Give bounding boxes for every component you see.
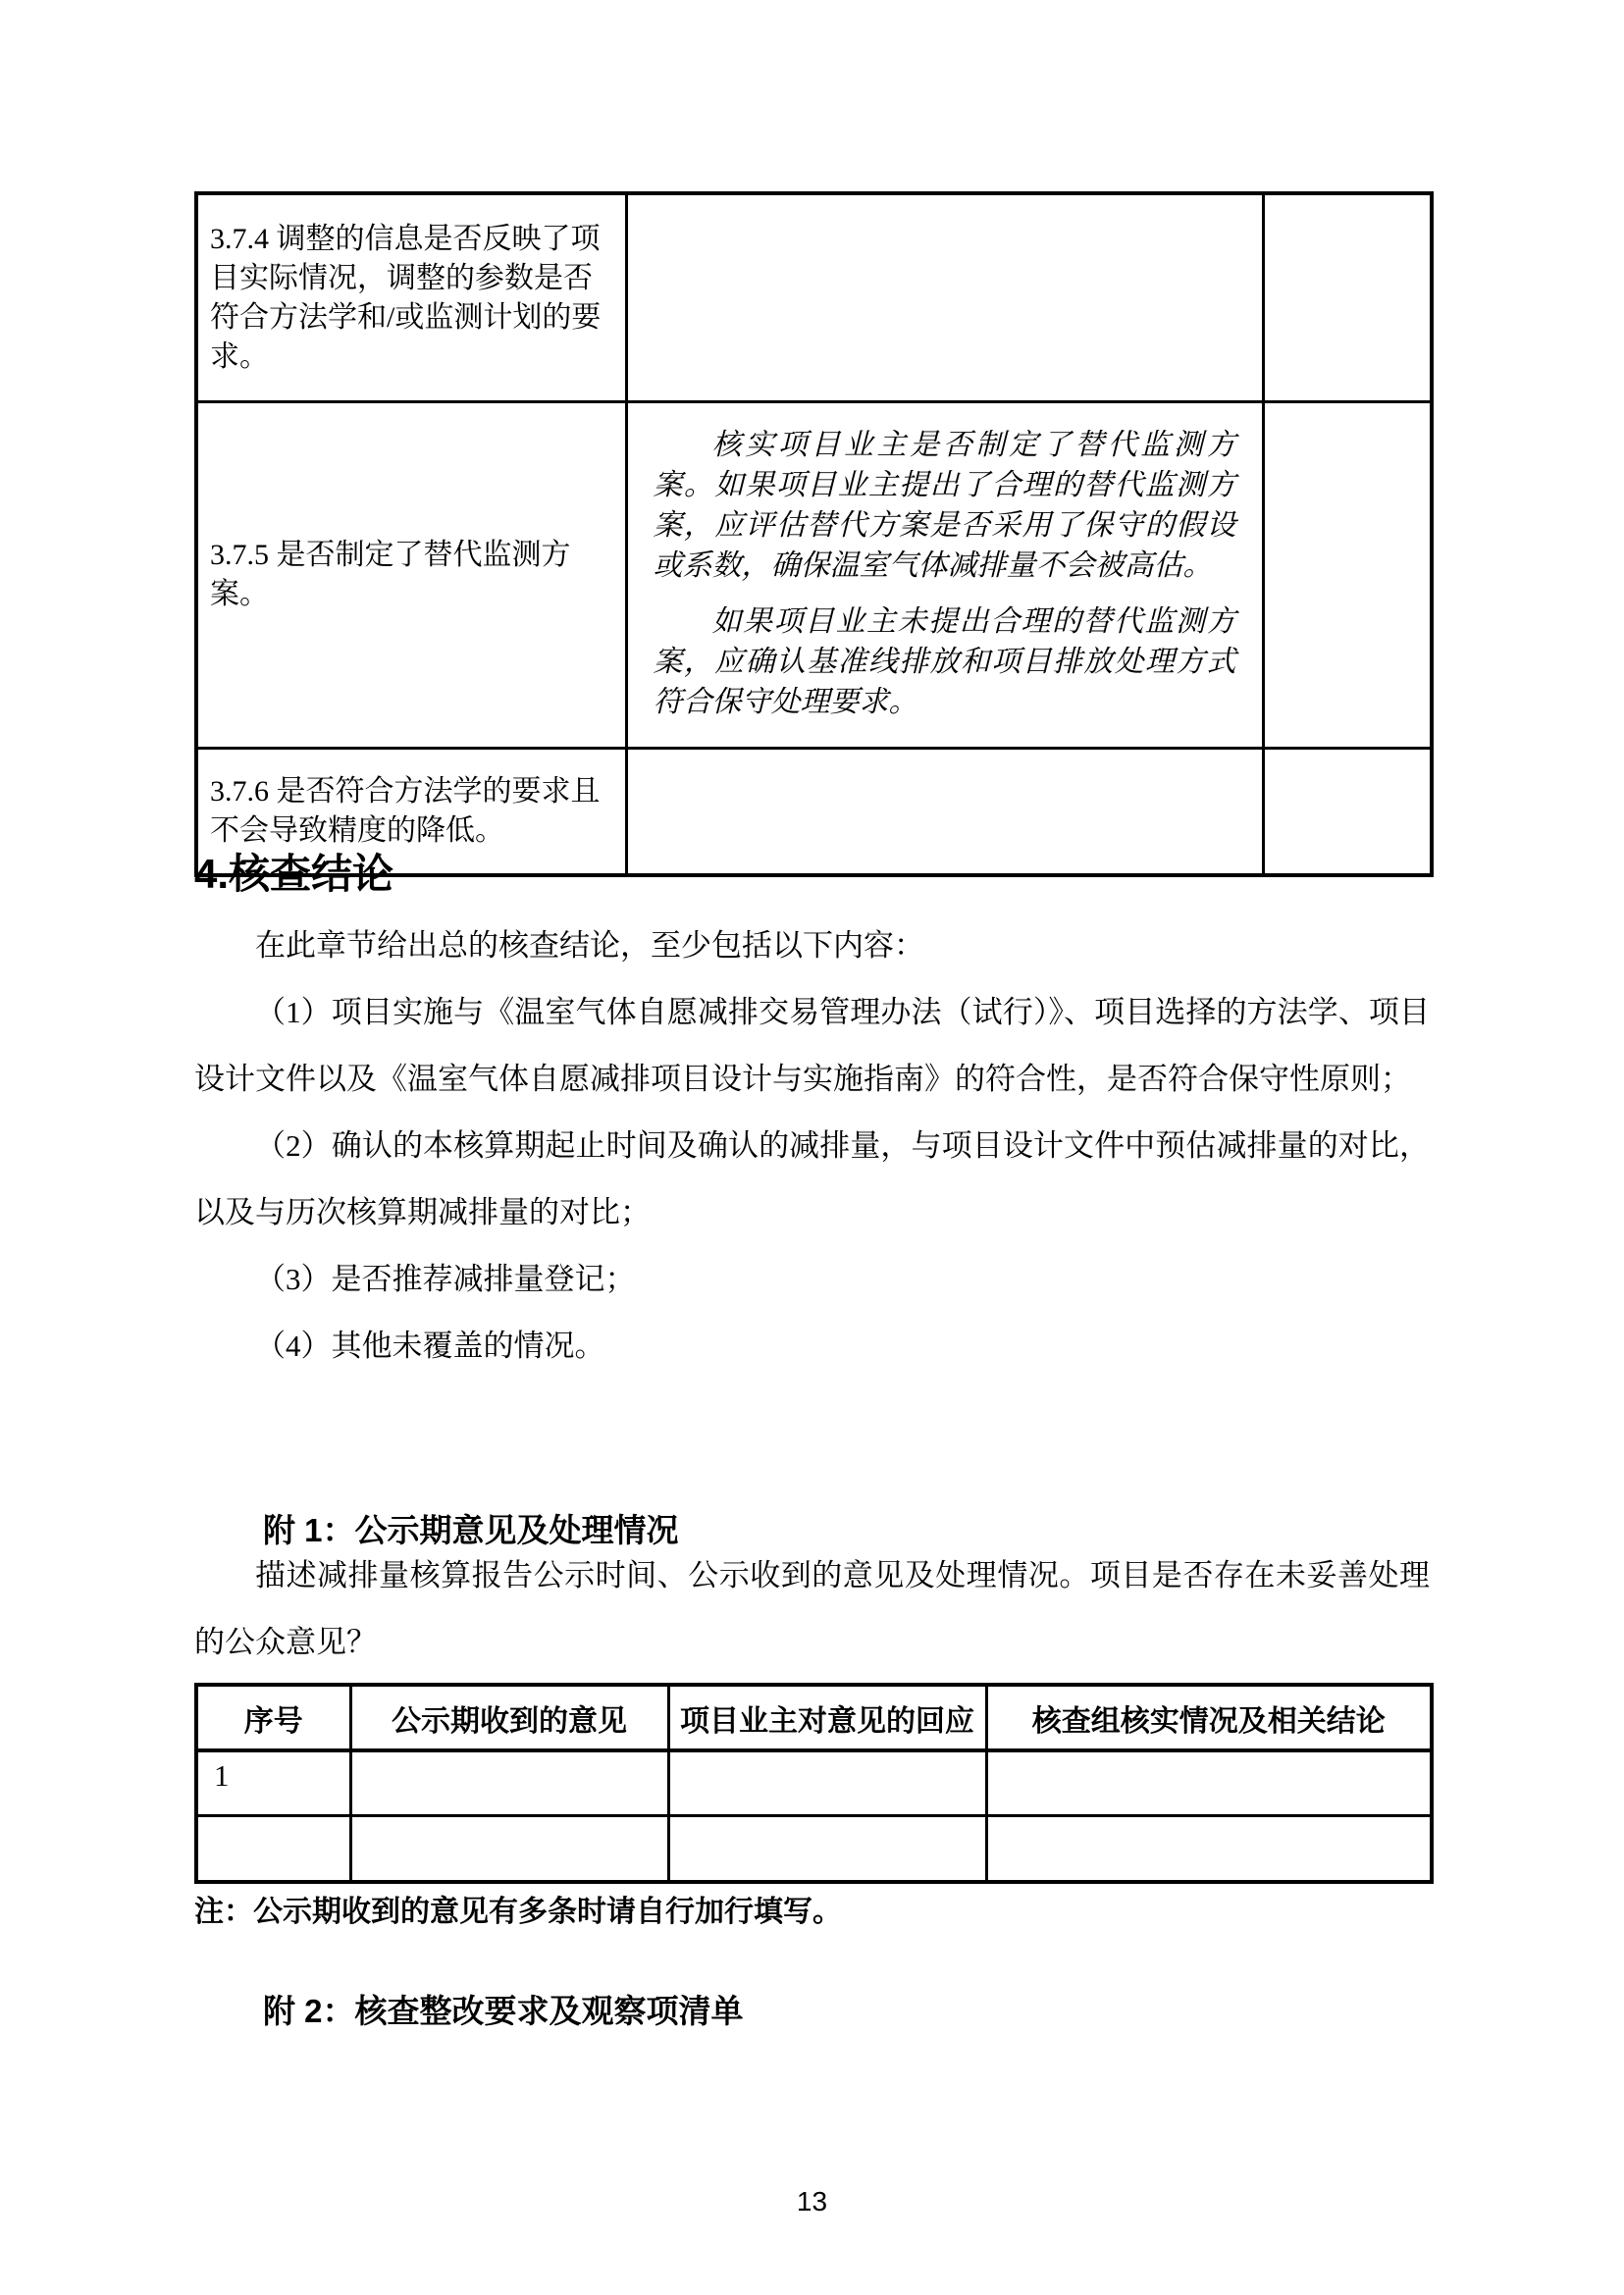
column-header-response: 项目业主对意见的回应	[668, 1685, 986, 1750]
table-note: 注：公示期收到的意见有多条时请自行加行填写。	[194, 1893, 842, 1932]
column-header-conclusion: 核查组核实情况及相关结论	[986, 1685, 1432, 1750]
table-row: 3.7.4 调整的信息是否反映了项目实际情况，调整的参数是否符合方法学和/或监测…	[196, 193, 1432, 402]
page-number: 13	[0, 2186, 1624, 2217]
table-row	[196, 1816, 1432, 1883]
table-row: 1	[196, 1750, 1432, 1816]
checklist-item-cell: 3.7.4 调整的信息是否反映了项目实际情况，调整的参数是否符合方法学和/或监测…	[196, 193, 626, 402]
guidance-cell	[626, 749, 1263, 876]
conclusion-cell	[1263, 402, 1432, 749]
guidance-paragraph: 核实项目业主是否制定了替代监测方案。如果项目业主提出了合理的替代监测方案，应评估…	[654, 425, 1236, 586]
table-cell-index	[196, 1816, 350, 1883]
guidance-cell	[626, 193, 1263, 402]
checklist-item-cell: 3.7.5 是否制定了替代监测方案。	[196, 402, 626, 749]
comments-table: 序号 公示期收到的意见 项目业主对意见的回应 核查组核实情况及相关结论 1	[194, 1683, 1434, 1884]
document-page: 3.7.4 调整的信息是否反映了项目实际情况，调整的参数是否符合方法学和/或监测…	[0, 0, 1624, 2295]
column-header-index: 序号	[196, 1685, 350, 1750]
table-cell	[350, 1750, 668, 1816]
table-header-row: 序号 公示期收到的意见 项目业主对意见的回应 核查组核实情况及相关结论	[196, 1685, 1432, 1750]
section-body: 在此章节给出总的核查结论，至少包括以下内容： （1）项目实施与《温室气体自愿减排…	[194, 913, 1430, 1380]
paragraph: （4）其他未覆盖的情况。	[194, 1313, 1430, 1380]
appendix1-intro: 描述减排量核算报告公示时间、公示收到的意见及处理情况。项目是否存在未妥善处理的公…	[194, 1542, 1430, 1676]
paragraph: （1）项目实施与《温室气体自愿减排交易管理办法（试行）》、项目选择的方法学、项目…	[194, 979, 1430, 1113]
guidance-paragraph: 如果项目业主未提出合理的替代监测方案，应确认基准线排放和项目排放处理方式符合保守…	[654, 601, 1236, 722]
table-cell	[986, 1816, 1432, 1883]
checklist-table: 3.7.4 调整的信息是否反映了项目实际情况，调整的参数是否符合方法学和/或监测…	[194, 191, 1434, 877]
section-heading: 4.核查结论	[194, 850, 393, 899]
table-cell	[350, 1816, 668, 1883]
conclusion-cell	[1263, 749, 1432, 876]
appendix2-heading: 附 2：核查整改要求及观察项清单	[263, 1990, 744, 2033]
paragraph: （3）是否推荐减排量登记；	[194, 1246, 1430, 1313]
paragraph: 在此章节给出总的核查结论，至少包括以下内容：	[194, 913, 1430, 979]
column-header-comment: 公示期收到的意见	[350, 1685, 668, 1750]
table-cell	[668, 1750, 986, 1816]
conclusion-cell	[1263, 193, 1432, 402]
table-cell	[668, 1816, 986, 1883]
paragraph: （2）确认的本核算期起止时间及确认的减排量，与项目设计文件中预估减排量的对比，以…	[194, 1113, 1430, 1246]
table-row: 3.7.5 是否制定了替代监测方案。 核实项目业主是否制定了替代监测方案。如果项…	[196, 402, 1432, 749]
table-cell	[986, 1750, 1432, 1816]
guidance-cell: 核实项目业主是否制定了替代监测方案。如果项目业主提出了合理的替代监测方案，应评估…	[626, 402, 1263, 749]
table-cell-index: 1	[196, 1750, 350, 1816]
